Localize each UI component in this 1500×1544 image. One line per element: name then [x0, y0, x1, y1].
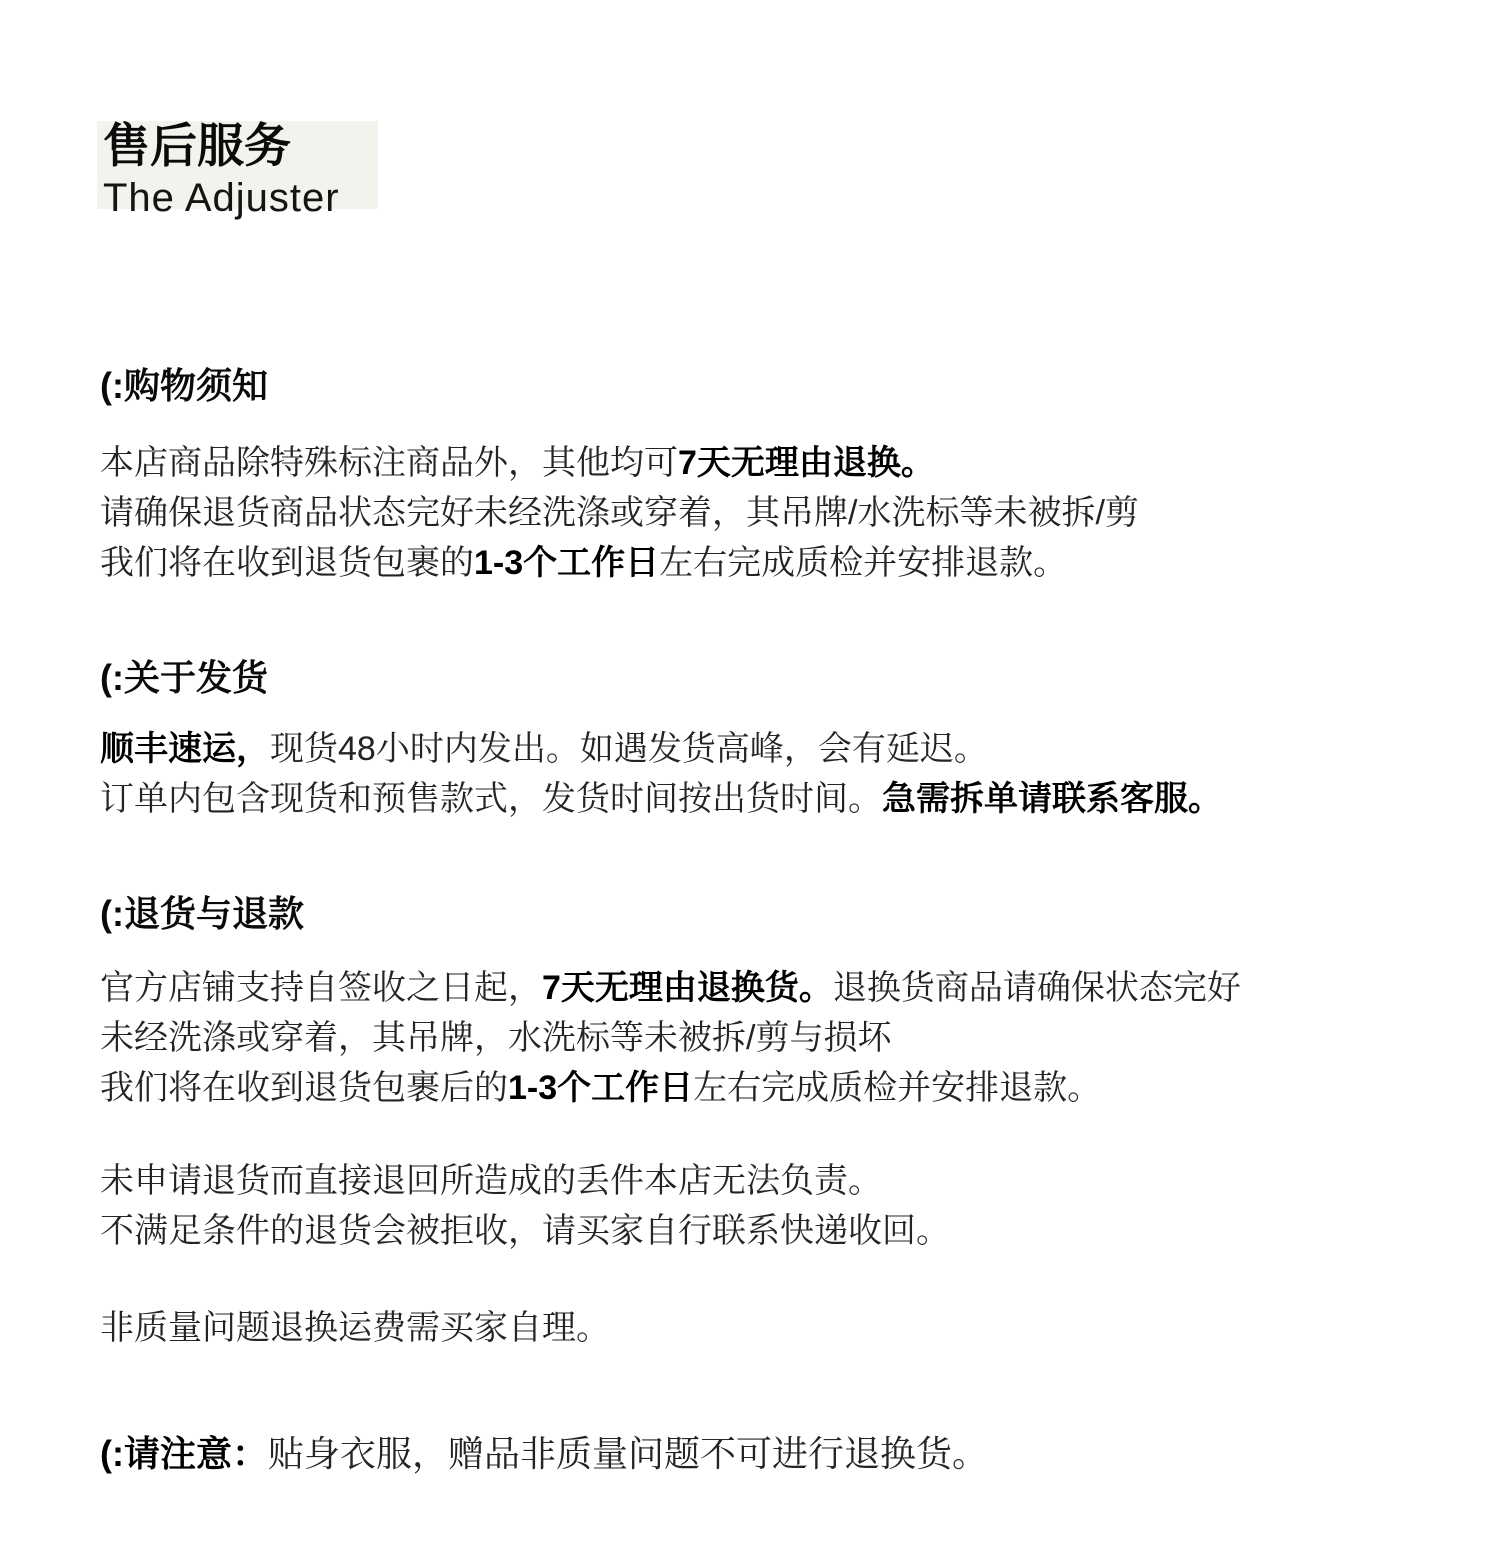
text-line: 顺丰速运，现货48小时内发出。如遇发货高峰，会有延迟。 — [100, 724, 1222, 774]
text-line: 未经洗涤或穿着，其吊牌，水洗标等未被拆/剪与损坏 — [100, 1013, 1241, 1063]
section-shopping-notice-paragraph: 本店商品除特殊标注商品外，其他均可7天无理由退换。 请确保退货商品状态完好未经洗… — [100, 438, 1139, 588]
page-title-block: 售后服务 The Adjuster — [97, 121, 378, 209]
attention-note: (:请注意：贴身衣服，赠品非质量问题不可进行退换货。 — [100, 1432, 988, 1476]
text-line: 请确保退货商品状态完好未经洗涤或穿着，其吊牌/水洗标等未被拆/剪 — [100, 488, 1139, 538]
section-shipping-heading: (:关于发货 — [100, 658, 268, 698]
text-line: 不满足条件的退货会被拒收，请买家自行联系快递收回。 — [100, 1206, 950, 1256]
text-line: 本店商品除特殊标注商品外，其他均可7天无理由退换。 — [100, 438, 1139, 488]
page-title: 售后服务 — [103, 122, 291, 169]
section-returns-paragraph-1: 官方店铺支持自签收之日起，7天无理由退换货。退换货商品请确保状态完好 未经洗涤或… — [100, 963, 1241, 1113]
text-line: 订单内包含现货和预售款式，发货时间按出货时间。急需拆单请联系客服。 — [100, 774, 1222, 824]
text-line: 官方店铺支持自签收之日起，7天无理由退换货。退换货商品请确保状态完好 — [100, 963, 1241, 1013]
section-returns-paragraph-3: 非质量问题退换运费需买家自理。 — [100, 1303, 610, 1353]
text-line: 我们将在收到退货包裹的1-3个工作日左右完成质检并安排退款。 — [100, 538, 1139, 588]
section-shopping-notice-heading: (:购物须知 — [100, 366, 268, 406]
section-shipping-paragraph: 顺丰速运，现货48小时内发出。如遇发货高峰，会有延迟。 订单内包含现货和预售款式… — [100, 724, 1222, 824]
after-sales-service-page: 售后服务 The Adjuster (:购物须知 本店商品除特殊标注商品外，其他… — [0, 0, 1500, 1544]
section-returns-paragraph-2: 未申请退货而直接退回所造成的丢件本店无法负责。 不满足条件的退货会被拒收，请买家… — [100, 1156, 950, 1256]
text-line: 我们将在收到退货包裹后的1-3个工作日左右完成质检并安排退款。 — [100, 1063, 1241, 1113]
text-line: 未申请退货而直接退回所造成的丢件本店无法负责。 — [100, 1156, 950, 1206]
page-subtitle: The Adjuster — [103, 178, 340, 218]
section-returns-refunds-heading: (:退货与退款 — [100, 894, 304, 934]
text-line: 非质量问题退换运费需买家自理。 — [100, 1303, 610, 1353]
